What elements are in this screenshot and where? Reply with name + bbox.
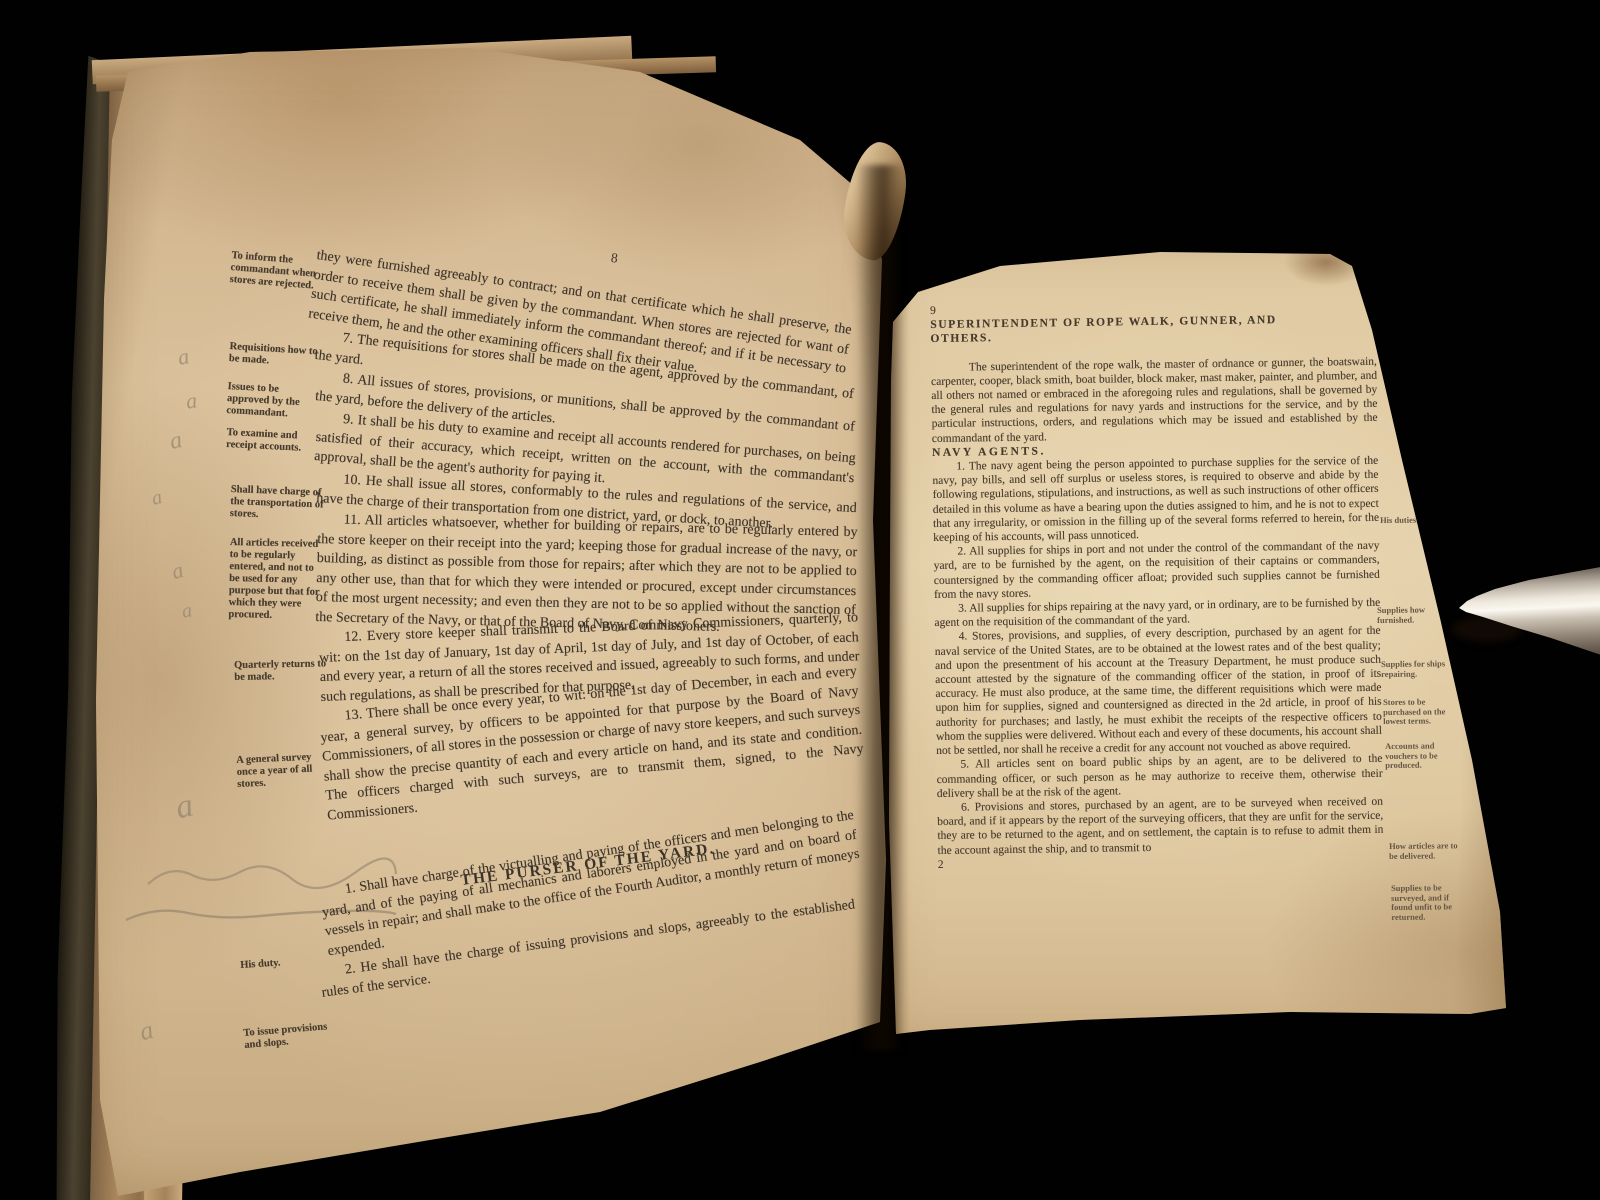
- margin-note: All articles received to be regularly en…: [228, 537, 324, 623]
- right-page: 9 SUPERINTENDENT OF ROPE WALK, GUNNER, A…: [878, 238, 1518, 1048]
- book-photograph: 8 To inform the commandant when stores a…: [0, 0, 1600, 1200]
- page-edge-stain: [998, 254, 1024, 263]
- margin-note: Stores to be purchased on the lowest ter…: [1383, 697, 1457, 726]
- margin-note: To examine and receipt accounts.: [226, 427, 321, 456]
- margin-note: Quarterly returns to be made.: [234, 658, 328, 684]
- margin-note: How articles are to be delivered.: [1389, 841, 1463, 861]
- margin-note: Requisitions how to be made.: [229, 341, 324, 371]
- margin-note: Supplies for ships repairing.: [1381, 659, 1455, 679]
- letter-opener-blade: [1455, 556, 1600, 666]
- margin-note: Shall have charge of the transportation …: [230, 484, 325, 524]
- margin-note: Accounts and vouchers to be produced.: [1385, 741, 1459, 770]
- pencil-mark: a: [184, 387, 199, 414]
- paragraph: 2. All supplies for ships in port and no…: [933, 539, 1380, 602]
- pencil-mark: a: [149, 486, 164, 511]
- pencil-mark: a: [167, 427, 184, 456]
- margin-note: To issue provisions and slops.: [243, 1021, 339, 1052]
- book-gutter-shadow: [856, 165, 904, 1050]
- pencil-mark: a: [137, 1015, 157, 1047]
- paragraph: 5. All articles sent on board public shi…: [936, 752, 1383, 801]
- margin-note: Issues to be approved by the commandant.: [226, 381, 322, 422]
- pencil-mark: a: [176, 343, 191, 371]
- right-page-text-column: 9 SUPERINTENDENT OF ROPE WALK, GUNNER, A…: [930, 298, 1384, 872]
- paragraph: 6. Provisions and stores, purchased by a…: [937, 795, 1384, 858]
- paragraph: 1. The navy agent being the person appoi…: [932, 454, 1379, 545]
- left-page: 8 To inform the commandant when stores a…: [80, 40, 895, 1200]
- paragraph: The superintendent of the rope walk, the…: [931, 354, 1378, 445]
- left-page-text-column: they were furnished agreeably to contrac…: [318, 246, 858, 1005]
- margin-note: Supplies to be surveyed, and if found un…: [1391, 883, 1465, 922]
- paragraph: 4. Stores, provisions, and supplies, of …: [935, 624, 1383, 758]
- margin-note: His duties.: [1380, 515, 1454, 525]
- margin-note: Supplies how furnished.: [1377, 605, 1451, 625]
- pencil-mark: a: [180, 599, 194, 623]
- pencil-mark: a: [169, 557, 187, 585]
